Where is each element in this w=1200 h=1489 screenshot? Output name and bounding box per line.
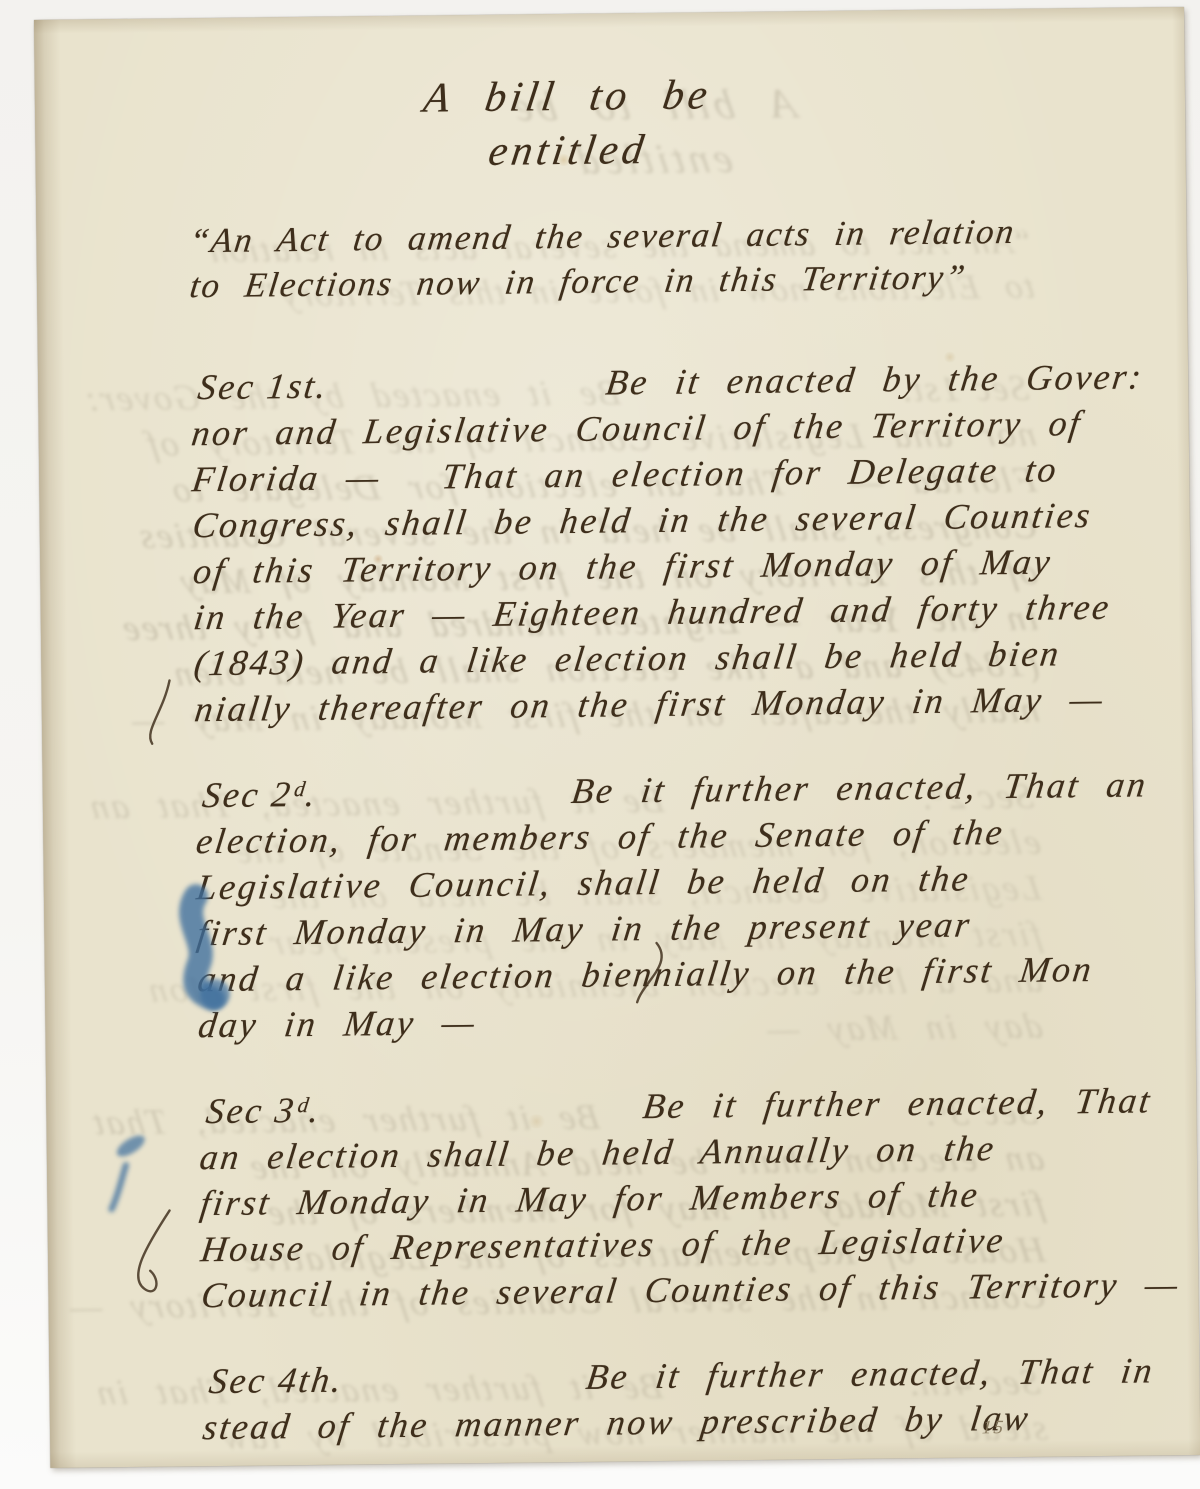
pencil-page-number: 15: [981, 1417, 1006, 1439]
section-3: Sec 3ᵈ. Be it further enacted, That an e…: [196, 1077, 1154, 1318]
scanned-document-stage: A bill to be entitled “An Act to amend t…: [0, 0, 1200, 1489]
act-subtitle-line-2: to Elections now in force in this Territ…: [187, 252, 1148, 308]
section-2-heading: Sec 2ᵈ.: [200, 771, 321, 818]
manuscript-paper-sheet: A bill to be entitled “An Act to amend t…: [34, 7, 1200, 1468]
bill-title-block: A bill to be entitled: [90, 65, 1046, 184]
section-2: Sec 2ᵈ. Be it further enacted, That an e…: [193, 761, 1151, 1048]
manuscript-text-layer: A bill to be entitled “An Act to amend t…: [34, 7, 1200, 1468]
manuscript-text-stack: A bill to be entitled “An Act to amend t…: [185, 63, 1156, 1450]
section-3-heading: Sec 3ᵈ.: [203, 1087, 324, 1134]
section-3-opening: Be it further enacted, That: [640, 1077, 1154, 1129]
section-1: Sec 1st. Be it enacted by the Gover: nor…: [188, 353, 1147, 732]
section-1-opening: Be it enacted by the Gover:: [603, 353, 1146, 405]
act-subtitle-block: “An Act to amend the several acts in rel…: [186, 207, 1142, 308]
bill-title-line-2: entitled: [87, 118, 1050, 183]
manuscript-line: nially thereafter on the first Monday in…: [192, 675, 1153, 732]
section-1-heading: Sec 1st.: [195, 363, 331, 411]
section-4-opening: Be it further enacted, That in: [584, 1347, 1158, 1400]
manuscript-line: day in May —: [196, 991, 1157, 1048]
section-4: Sec 4th. Be it further enacted, That in …: [199, 1347, 1155, 1450]
manuscript-line: Council in the several Counties of this …: [199, 1261, 1160, 1318]
section-2-opening: Be it further enacted, That an: [569, 761, 1151, 814]
manuscript-line: stead of the manner now prescribed by la…: [200, 1393, 1161, 1450]
section-4-heading: Sec 4th.: [206, 1357, 346, 1405]
